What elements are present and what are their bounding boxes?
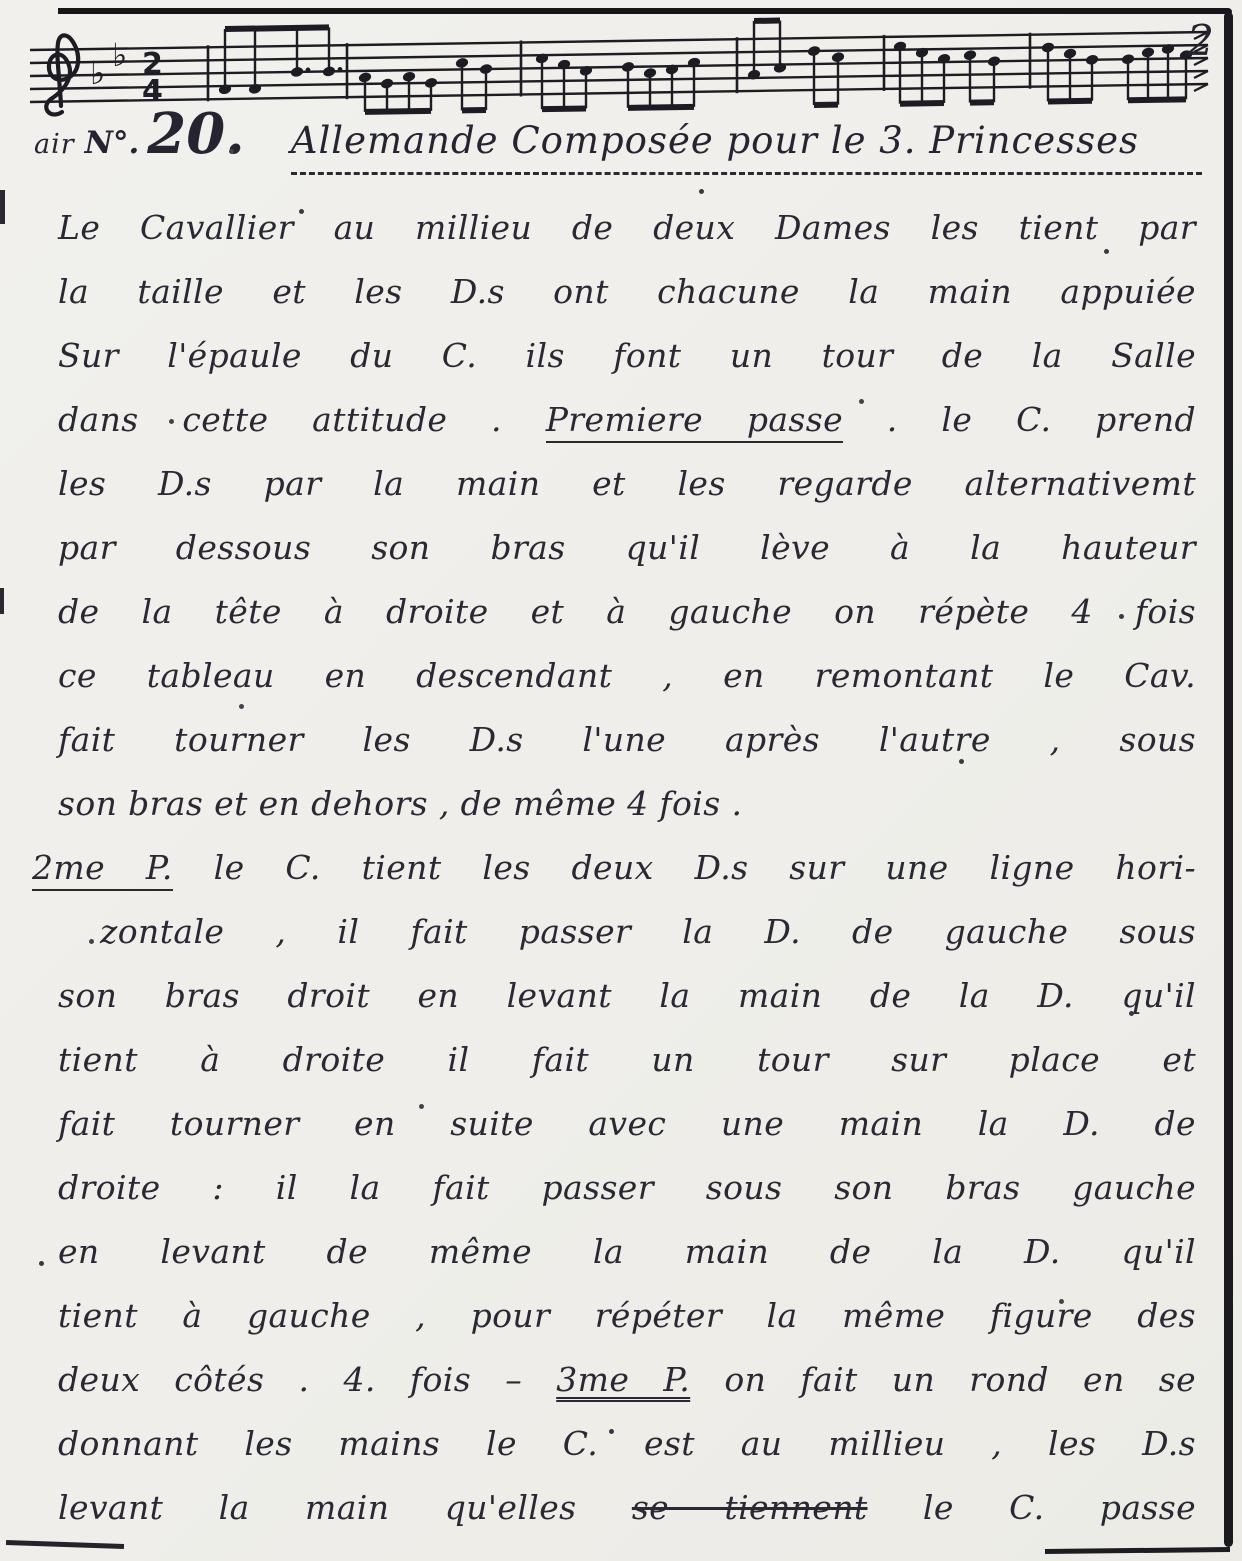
note-beam xyxy=(225,27,329,29)
scan-edge-mark xyxy=(0,588,4,614)
underlined-phrase: 3me P. xyxy=(556,1360,690,1399)
text-segment: la taille et les D.s ont chacune la main… xyxy=(58,272,1196,311)
manuscript-line: donnant les mains le C. est au millieu ,… xyxy=(58,1412,1196,1476)
manuscript-line: Le Cavallier au millieu de deux Dames le… xyxy=(58,196,1196,260)
text-segment: son bras et en dehors , de même 4 fois . xyxy=(58,784,742,823)
flat-sign: ♭ xyxy=(90,54,105,92)
text-segment: . le C. prend xyxy=(843,400,1196,439)
note-beam xyxy=(900,103,944,104)
text-segment: droite : il la fait passer sous son bras… xyxy=(58,1168,1196,1207)
page-border-top xyxy=(58,8,1232,14)
underlined-phrase: Premiere passe xyxy=(546,400,843,443)
page-title: Allemande Composée pour le 3. Princesses xyxy=(291,119,1202,175)
manuscript-line: la taille et les D.s ont chacune la main… xyxy=(58,260,1196,324)
note-beam xyxy=(1128,99,1186,100)
page-border-bottom-right xyxy=(1045,1547,1230,1554)
struck-phrase: se tiennent xyxy=(632,1488,868,1527)
manuscript-line: deux côtés . 4. fois – 3me P. on fait un… xyxy=(58,1348,1196,1412)
text-segment: dans cette attitude . xyxy=(58,400,546,439)
manuscript-line: fait tourner en suite avec une main la D… xyxy=(58,1092,1196,1156)
manuscript-line: son bras et en dehors , de même 4 fois . xyxy=(58,772,923,836)
text-segment: les D.s par la main et les regarde alter… xyxy=(58,464,1196,503)
manuscript-line: en levant de même la main de la D. qu'il xyxy=(58,1220,1196,1284)
page-number: 2 xyxy=(1187,16,1214,65)
air-label: air xyxy=(34,129,75,160)
manuscript-line: dans cette attitude . Premiere passe . l… xyxy=(58,388,1196,452)
text-segment: ce tableau en descendant , en remontant … xyxy=(58,656,1196,695)
text-segment: le C. passe xyxy=(868,1488,1196,1527)
underlined-phrase: 2me P. xyxy=(32,848,173,891)
text-segment: Sur l'épaule du C. ils font un tour de l… xyxy=(58,336,1196,375)
ink-specks xyxy=(0,0,3,3)
text-segment: son bras droit en levant la main de la D… xyxy=(58,976,1196,1015)
manuscript-line: droite : il la fait passer sous son bras… xyxy=(58,1156,1196,1220)
manuscript-line: tient à droite il fait un tour sur place… xyxy=(58,1028,1196,1092)
body-text: Le Cavallier au millieu de deux Dames le… xyxy=(58,196,1196,1540)
header: air N°. 20. Allemande Composée pour le 3… xyxy=(34,106,1202,175)
manuscript-line: levant la main qu'elles se tiennent le C… xyxy=(58,1476,1196,1540)
text-segment: par dessous son bras qu'il lève à la hau… xyxy=(58,528,1196,567)
page-border-bottom-left xyxy=(6,1540,124,1549)
air-no-label: N°. xyxy=(85,125,140,161)
manuscript-line: Sur l'épaule du C. ils font un tour de l… xyxy=(58,324,1196,388)
text-segment: le C. tient les deux D.s sur une ligne h… xyxy=(173,848,1196,887)
manuscript-page: ♭ ♭ 2 4 2 air N°. 20. Allemande Composée… xyxy=(0,0,1242,1561)
text-segment: de la tête à droite et à gauche on répèt… xyxy=(58,592,1196,631)
scan-edge-mark xyxy=(0,190,5,224)
text-segment: fait tourner les D.s l'une après l'autre… xyxy=(58,720,1196,759)
note-dot xyxy=(338,67,343,72)
text-segment: en levant de même la main de la D. qu'il xyxy=(58,1232,1196,1271)
manuscript-line: 2me P. le C. tient les deux D.s sur une … xyxy=(32,836,1196,900)
text-segment: tient à gauche , pour répéter la même fi… xyxy=(58,1296,1196,1335)
flat-sign: ♭ xyxy=(112,36,127,74)
manuscript-line: zontale , il fait passer la D. de gauche… xyxy=(58,900,1196,964)
note-beam xyxy=(1048,101,1092,102)
text-segment: on fait un rond en se xyxy=(690,1360,1196,1399)
air-number: 20. xyxy=(147,106,244,162)
text-segment: deux côtés . 4. fois – xyxy=(58,1360,556,1399)
manuscript-line: de la tête à droite et à gauche on répèt… xyxy=(58,580,1196,644)
manuscript-line: tient à gauche , pour répéter la même fi… xyxy=(58,1284,1196,1348)
text-segment: tient à droite il fait un tour sur place… xyxy=(58,1040,1196,1079)
manuscript-line: ce tableau en descendant , en remontant … xyxy=(58,644,1196,708)
text-segment: fait tourner en suite avec une main la D… xyxy=(58,1104,1196,1143)
manuscript-line: les D.s par la main et les regarde alter… xyxy=(58,452,1196,516)
page-border-right xyxy=(1224,12,1233,1547)
text-segment: levant la main qu'elles xyxy=(58,1488,632,1527)
note-dot xyxy=(306,68,311,73)
manuscript-line: par dessous son bras qu'il lève à la hau… xyxy=(58,516,1196,580)
text-segment: zontale , il fait passer la D. de gauche… xyxy=(100,912,1196,951)
manuscript-line: son bras droit en levant la main de la D… xyxy=(58,964,1196,1028)
manuscript-line: fait tourner les D.s l'une après l'autre… xyxy=(58,708,1196,772)
text-segment: Le Cavallier au millieu de deux Dames le… xyxy=(58,208,1196,247)
text-segment: donnant les mains le C. est au millieu ,… xyxy=(58,1424,1196,1463)
